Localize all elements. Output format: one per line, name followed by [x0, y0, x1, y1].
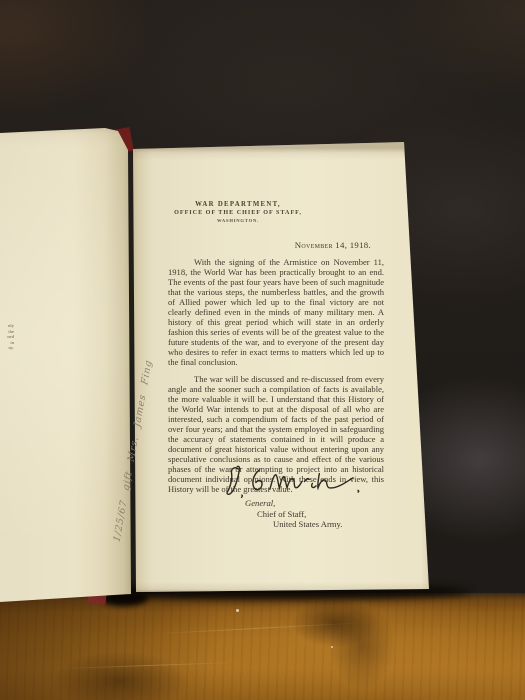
- date-line: November 14, 1918.: [168, 240, 384, 250]
- wood-speck: [236, 609, 239, 612]
- title-united-states-army: United States Army.: [273, 519, 370, 530]
- letterhead-line-3: WASHINGTON.: [130, 218, 346, 224]
- wood-table-surface: [0, 593, 525, 700]
- signature-block: General, Chief of Staff, United States A…: [130, 498, 370, 530]
- letterhead: WAR DEPARTMENT, OFFICE OF THE CHIEF OF S…: [130, 201, 346, 224]
- letterhead-line-2: OFFICE OF THE CHIEF OF STAFF,: [130, 209, 346, 218]
- paragraph-1: With the signing of the Armistice on Nov…: [168, 257, 384, 367]
- title-general: General,: [245, 498, 370, 509]
- title-chief-of-staff: Chief of Staff,: [257, 509, 370, 520]
- wood-speck: [331, 646, 333, 648]
- left-page-text-fragment: nly the ned in ny.: [0, 323, 14, 351]
- letter-page: WAR DEPARTMENT, OFFICE OF THE CHIEF OF S…: [130, 140, 432, 594]
- letterhead-line-1: WAR DEPARTMENT,: [130, 201, 346, 209]
